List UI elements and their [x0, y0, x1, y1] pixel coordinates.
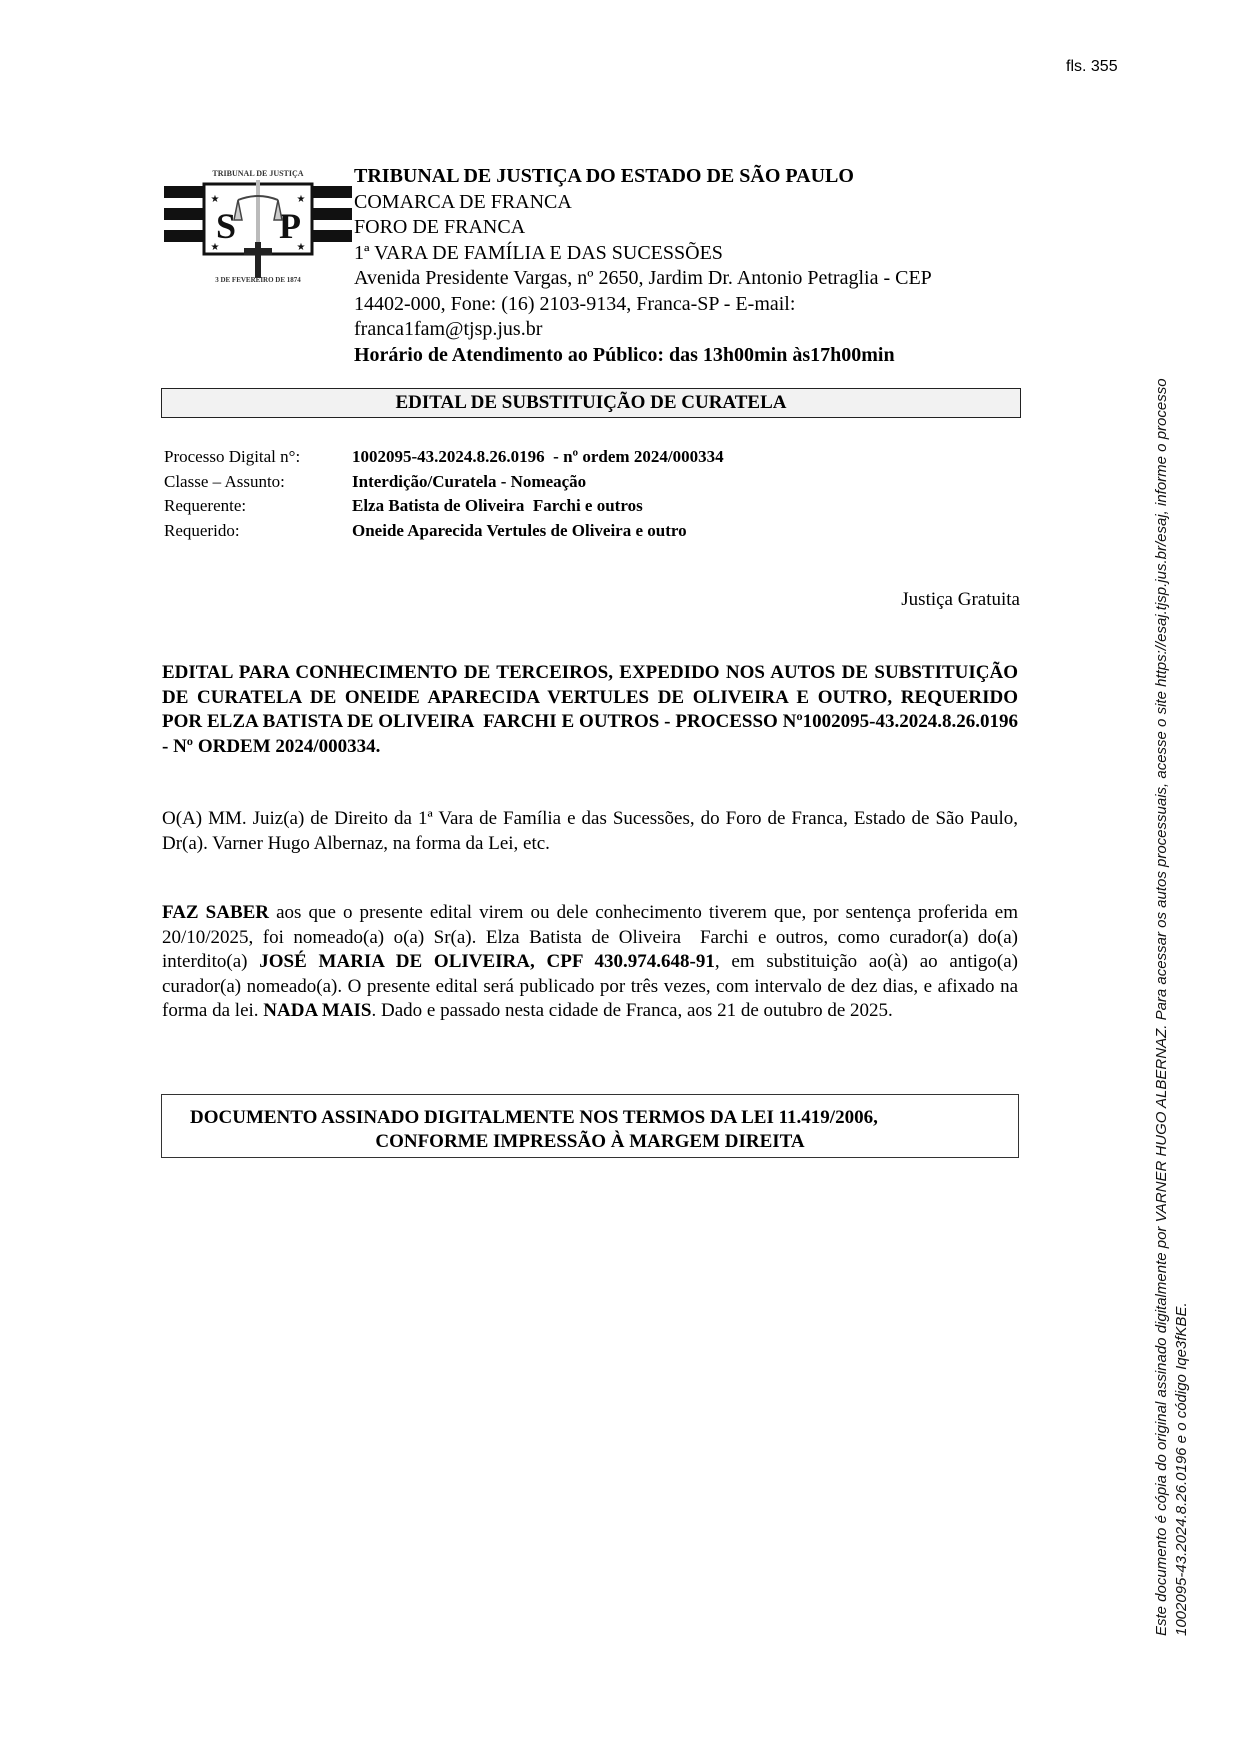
free-justice-note: Justiça Gratuita	[700, 589, 1020, 611]
page-number: fls. 355	[1066, 58, 1118, 76]
case-info-value: Elza Batista de Oliveira Farchi e outros	[352, 494, 643, 519]
court-name: TRIBUNAL DE JUSTIÇA DO ESTADO DE SÃO PAU…	[354, 164, 994, 190]
digital-signature-notice: DOCUMENTO ASSINADO DIGITALMENTE NOS TERM…	[161, 1094, 1019, 1158]
case-info-row: Requerido: Oneide Aparecida Vertules de …	[164, 519, 1024, 544]
court-header: TRIBUNAL DE JUSTIÇA DO ESTADO DE SÃO PAU…	[354, 164, 994, 368]
nada-mais: NADA MAIS	[263, 1000, 371, 1021]
case-info-row: Classe – Assunto: Interdição/Curatela - …	[164, 470, 1024, 495]
case-info-label: Processo Digital n°:	[164, 445, 352, 470]
faz-saber-paragraph: FAZ SABER aos que o presente edital vire…	[162, 901, 1018, 1024]
svg-text:★: ★	[211, 242, 220, 253]
edital-heading: EDITAL PARA CONHECIMENTO DE TERCEIROS, E…	[162, 661, 1018, 759]
signature-line-1: DOCUMENTO ASSINADO DIGITALMENTE NOS TERM…	[190, 1106, 878, 1130]
case-info-row: Processo Digital n°: 1002095-43.2024.8.2…	[164, 445, 1024, 470]
document-title: EDITAL DE SUBSTITUIÇÃO DE CURATELA	[161, 388, 1021, 418]
email: franca1fam@tjsp.jus.br	[354, 317, 994, 343]
case-info-label: Requerido:	[164, 519, 352, 544]
svg-text:TRIBUNAL DE JUSTIÇA: TRIBUNAL DE JUSTIÇA	[212, 169, 303, 178]
case-info-row: Requerente: Elza Batista de Oliveira Far…	[164, 494, 1024, 519]
interdicted-person: JOSÉ MARIA DE OLIVEIRA, CPF 430.974.648-…	[259, 951, 715, 972]
address-line-1: Avenida Presidente Vargas, nº 2650, Jard…	[354, 266, 994, 292]
svg-text:P: P	[279, 206, 301, 246]
paragraph-text: . Dado e passado nesta cidade de Franca,…	[372, 1000, 893, 1021]
case-info-label: Classe – Assunto:	[164, 470, 352, 495]
case-info-value: 1002095-43.2024.8.26.0196 - nº ordem 202…	[352, 445, 724, 470]
svg-text:★: ★	[297, 194, 306, 205]
case-info: Processo Digital n°: 1002095-43.2024.8.2…	[164, 445, 1024, 543]
svg-text:3 DE FEVEREIRO DE 1874: 3 DE FEVEREIRO DE 1874	[215, 276, 301, 284]
faz-saber-label: FAZ SABER	[162, 902, 269, 923]
comarca: COMARCA DE FRANCA	[354, 190, 994, 216]
margin-authentication-note: Este documento é cópia do original assin…	[1152, 378, 1192, 1636]
margin-note-line-2: 1002095-43.2024.8.26.0196 e o código Iqe…	[1172, 378, 1192, 1636]
case-info-value: Interdição/Curatela - Nomeação	[352, 470, 586, 495]
vara: 1ª VARA DE FAMÍLIA E DAS SUCESSÕES	[354, 241, 994, 267]
signature-line-2: CONFORME IMPRESSÃO À MARGEM DIREITA	[162, 1130, 1018, 1154]
svg-text:S: S	[216, 206, 236, 246]
office-hours: Horário de Atendimento ao Público: das 1…	[354, 343, 994, 369]
foro: FORO DE FRANCA	[354, 215, 994, 241]
case-info-label: Requerente:	[164, 494, 352, 519]
margin-note-line-1: Este documento é cópia do original assin…	[1152, 378, 1172, 1636]
case-info-value: Oneide Aparecida Vertules de Oliveira e …	[352, 519, 687, 544]
svg-text:★: ★	[297, 242, 306, 253]
address-line-2: 14402-000, Fone: (16) 2103-9134, Franca-…	[354, 292, 994, 318]
tjsp-coat-of-arms-icon: TRIBUNAL DE JUSTIÇA S P ★ ★ ★ ★ 3 DE FEV…	[164, 148, 352, 288]
judge-paragraph: O(A) MM. Juiz(a) de Direito da 1ª Vara d…	[162, 807, 1018, 856]
tjsp-logo: TRIBUNAL DE JUSTIÇA S P ★ ★ ★ ★ 3 DE FEV…	[164, 148, 352, 288]
svg-text:★: ★	[211, 194, 220, 205]
